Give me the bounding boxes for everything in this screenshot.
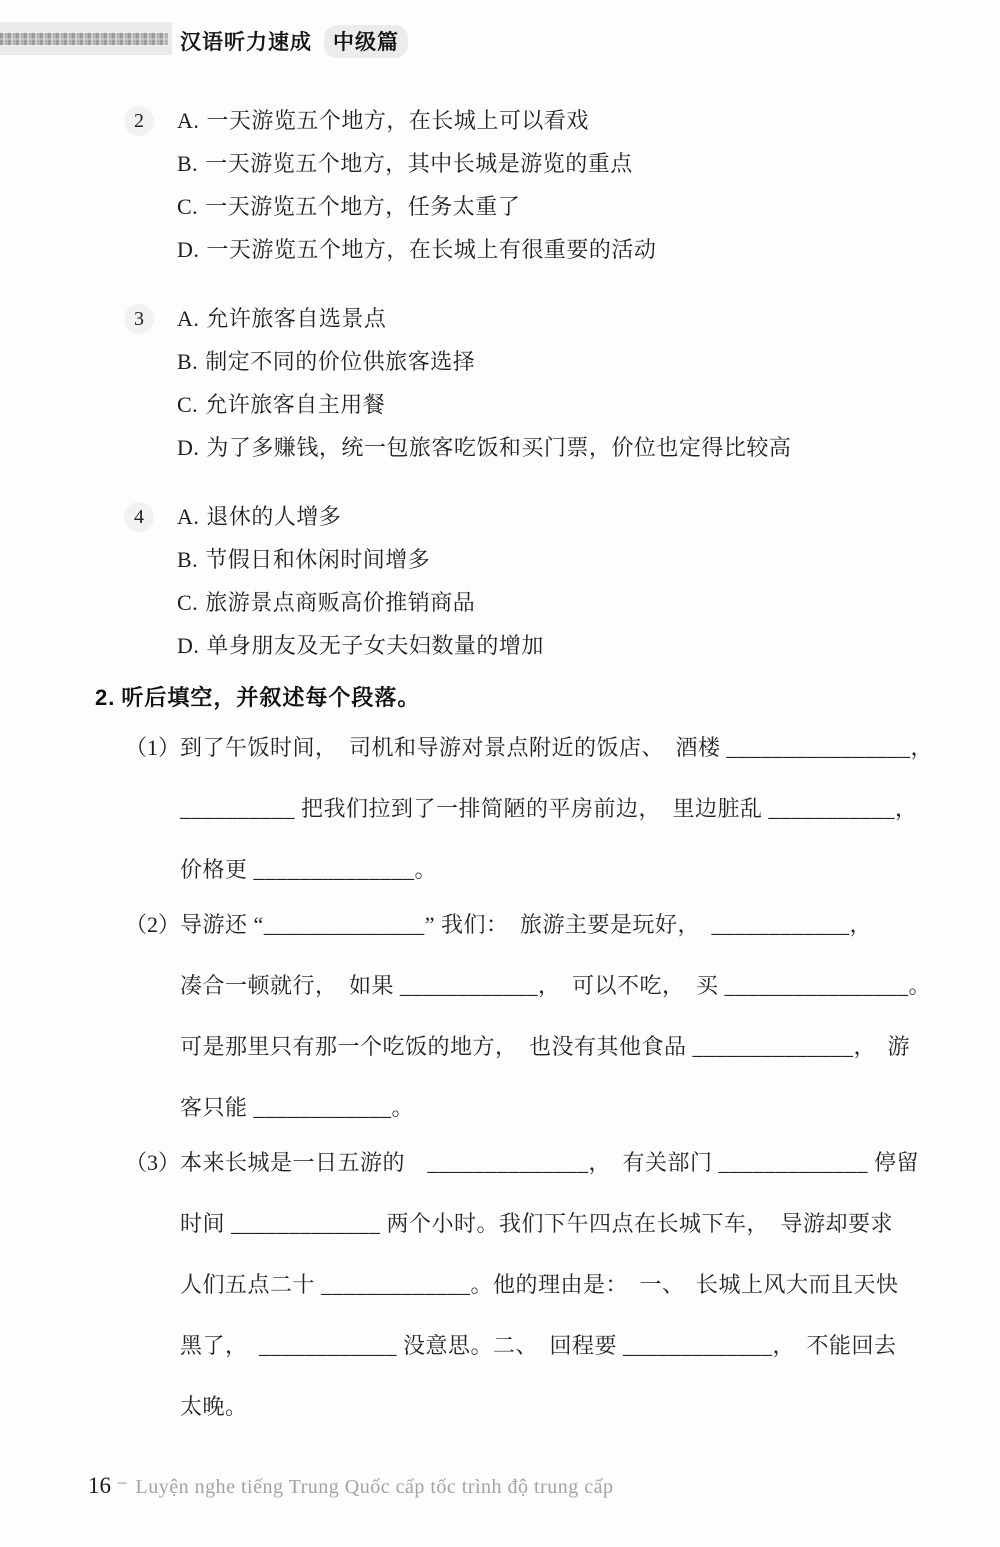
option-letter: A. <box>177 108 199 133</box>
fill-section-heading: 2.听后填空，并叙述每个段落。 <box>95 681 420 712</box>
option-text: 允许旅客自主用餐 <box>205 392 385 417</box>
option-a: A.退休的人增多 <box>177 495 1000 538</box>
option-d: D.为了多赚钱，统一包旅客吃饭和买门票，价位也定得比较高 <box>177 426 1000 469</box>
fill-line: 客只能 ____________。 <box>180 1077 1000 1138</box>
question-3: 3 A.允许旅客自选景点 B.制定不同的价位供旅客选择 C.允许旅客自主用餐 D… <box>0 297 1000 469</box>
series-title: 汉语听力速成 <box>180 31 312 54</box>
footer-separator: – <box>118 1472 127 1491</box>
option-text: 单身朋友及无子女夫妇数量的增加 <box>206 633 544 658</box>
option-text: 一天游览五个地方，其中长城是游览的重点 <box>205 151 633 176</box>
question-options: A.允许旅客自选景点 B.制定不同的价位供旅客选择 C.允许旅客自主用餐 D.为… <box>177 297 1000 469</box>
paragraph-number: （3） <box>125 1132 180 1437</box>
fill-line: 太晚。 <box>180 1376 1000 1437</box>
option-letter: C. <box>177 194 198 219</box>
option-b: B.一天游览五个地方，其中长城是游览的重点 <box>177 142 1000 185</box>
fill-line: 可是那里只有那一个吃饭的地方， 也没有其他食品 ______________， … <box>180 1016 1000 1077</box>
option-letter: C. <box>177 590 198 615</box>
fill-line: 人们五点二十 _____________。他的理由是： 一、 长城上风大而且天快 <box>180 1254 1000 1315</box>
level-badge: 中级篇 <box>324 25 408 58</box>
section-number: 2. <box>95 685 115 710</box>
fill-line: 时间 _____________ 两个小时。我们下午四点在长城下车， 导游却要求 <box>180 1193 1000 1254</box>
option-b: B.制定不同的价位供旅客选择 <box>177 340 1000 383</box>
paragraph-lines: 导游还 “______________” 我们： 旅游主要是玩好， ______… <box>180 894 1000 1138</box>
page-header: 汉语听力速成中级篇 <box>180 25 408 58</box>
option-letter: D. <box>177 633 199 658</box>
question-options: A.一天游览五个地方，在长城上可以看戏 B.一天游览五个地方，其中长城是游览的重… <box>177 99 1000 271</box>
option-c: C.一天游览五个地方，任务太重了 <box>177 185 1000 228</box>
option-letter: B. <box>177 151 198 176</box>
textbook-page: 汉语听力速成中级篇 2 A.一天游览五个地方，在长城上可以看戏 B.一天游览五个… <box>0 0 1000 1547</box>
option-text: 旅游景点商贩高价推销商品 <box>205 590 475 615</box>
option-letter: C. <box>177 392 198 417</box>
option-letter: A. <box>177 306 199 331</box>
fill-line: __________ 把我们拉到了一排简陋的平房前边， 里边脏乱 _______… <box>180 778 1000 839</box>
option-text: 允许旅客自选景点 <box>206 306 386 331</box>
question-2: 2 A.一天游览五个地方，在长城上可以看戏 B.一天游览五个地方，其中长城是游览… <box>0 99 1000 271</box>
option-letter: D. <box>177 237 199 262</box>
question-4: 4 A.退休的人增多 B.节假日和休闲时间增多 C.旅游景点商贩高价推销商品 D… <box>0 495 1000 667</box>
option-letter: D. <box>177 435 199 460</box>
header-decoration-stripe <box>0 33 168 45</box>
fill-line: 凑合一顿就行， 如果 ____________， 可以不吃， 买 _______… <box>180 955 1000 1016</box>
option-a: A.允许旅客自选景点 <box>177 297 1000 340</box>
fill-line: 到了午饭时间， 司机和导游对景点附近的饭店、 酒楼 ______________… <box>180 717 1000 778</box>
option-c: C.允许旅客自主用餐 <box>177 383 1000 426</box>
option-text: 制定不同的价位供旅客选择 <box>205 349 475 374</box>
option-letter: B. <box>177 547 198 572</box>
question-options: A.退休的人增多 B.节假日和休闲时间增多 C.旅游景点商贩高价推销商品 D.单… <box>177 495 1000 667</box>
question-number: 2 <box>124 106 154 136</box>
fill-paragraph-2: （2） 导游还 “______________” 我们： 旅游主要是玩好， __… <box>0 894 1000 1138</box>
fill-line: 导游还 “______________” 我们： 旅游主要是玩好， ______… <box>180 894 1000 955</box>
option-text: 一天游览五个地方，任务太重了 <box>205 194 520 219</box>
paragraph-lines: 本来长城是一日五游的 ______________， 有关部门 ________… <box>180 1132 1000 1437</box>
fill-line: 价格更 ______________。 <box>180 839 1000 900</box>
fill-paragraph-1: （1） 到了午饭时间， 司机和导游对景点附近的饭店、 酒楼 __________… <box>0 717 1000 900</box>
paragraph-number: （2） <box>125 894 180 1138</box>
option-d: D.一天游览五个地方，在长城上有很重要的活动 <box>177 228 1000 271</box>
question-number: 3 <box>124 304 154 334</box>
option-letter: A. <box>177 504 199 529</box>
multiple-choice-section: 2 A.一天游览五个地方，在长城上可以看戏 B.一天游览五个地方，其中长城是游览… <box>0 99 1000 693</box>
option-c: C.旅游景点商贩高价推销商品 <box>177 581 1000 624</box>
option-text: 为了多赚钱，统一包旅客吃饭和买门票，价位也定得比较高 <box>206 435 791 460</box>
paragraph-number: （1） <box>125 717 180 900</box>
option-d: D.单身朋友及无子女夫妇数量的增加 <box>177 624 1000 667</box>
option-a: A.一天游览五个地方，在长城上可以看戏 <box>177 99 1000 142</box>
page-footer: 16–Luyện nghe tiếng Trung Quốc cấp tốc t… <box>88 1472 614 1499</box>
option-b: B.节假日和休闲时间增多 <box>177 538 1000 581</box>
section-title: 听后填空，并叙述每个段落。 <box>121 685 420 710</box>
option-text: 一天游览五个地方，在长城上可以看戏 <box>206 108 589 133</box>
option-text: 节假日和休闲时间增多 <box>205 547 430 572</box>
fill-paragraph-3: （3） 本来长城是一日五游的 ______________， 有关部门 ____… <box>0 1132 1000 1437</box>
page-number: 16 <box>88 1473 111 1498</box>
book-title-vietnamese: Luyện nghe tiếng Trung Quốc cấp tốc trìn… <box>136 1476 614 1498</box>
header-decoration-band <box>0 22 172 55</box>
option-text: 退休的人增多 <box>206 504 341 529</box>
paragraph-lines: 到了午饭时间， 司机和导游对景点附近的饭店、 酒楼 ______________… <box>180 717 1000 900</box>
question-number: 4 <box>124 502 154 532</box>
fill-line: 本来长城是一日五游的 ______________， 有关部门 ________… <box>180 1132 1000 1193</box>
option-letter: B. <box>177 349 198 374</box>
fill-line: 黑了， ____________ 没意思。二、 回程要 ____________… <box>180 1315 1000 1376</box>
option-text: 一天游览五个地方，在长城上有很重要的活动 <box>206 237 656 262</box>
